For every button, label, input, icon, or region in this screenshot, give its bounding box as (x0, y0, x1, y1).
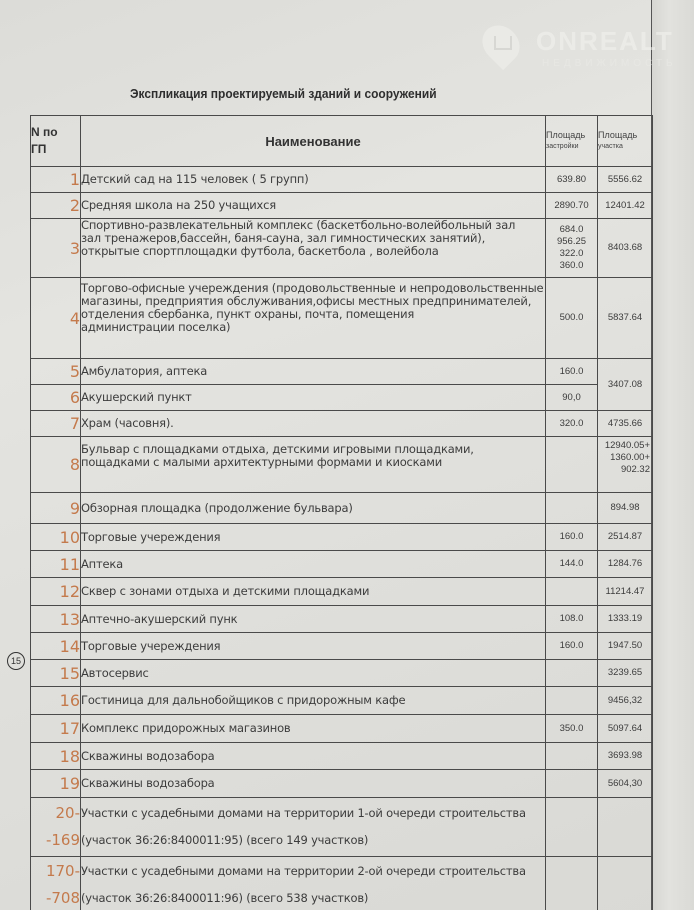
row-plot-area (598, 857, 653, 910)
table-row: 18Скважины водозабора3693.98 (31, 743, 653, 770)
row-name: Торговые учереждения (81, 524, 546, 551)
row-built-area (546, 798, 598, 857)
row-number: 170- -708 (31, 857, 81, 910)
row-number: 5 (31, 359, 81, 385)
row-name: Автосервис (81, 660, 546, 687)
row-plot-area: 1284.76 (598, 551, 653, 578)
row-plot-area: 5556.62 (598, 167, 653, 193)
header-plot-area: Площадь участка (598, 116, 653, 167)
row-name: Детский сад на 115 человек ( 5 групп) (81, 167, 546, 193)
header-built-area-label: Площадь (546, 130, 585, 140)
table-row: 19Скважины водозабора5604,30 (31, 770, 653, 798)
row-plot-area: 8403.68 (598, 219, 653, 278)
row-built-area: 108.0 (546, 606, 598, 633)
row-built-area: 160.0 (546, 359, 598, 385)
row-plot-area: 5604,30 (598, 770, 653, 798)
table-row: 7Храм (часовня).320.04735.66 (31, 411, 653, 437)
table-row: 14Торговые учереждения160.01947.50 (31, 633, 653, 660)
table-row: 16Гостиница для дальнобойщиков с придоро… (31, 687, 653, 715)
page-shadow (652, 0, 694, 910)
table-row: 1Детский сад на 115 человек ( 5 групп)63… (31, 167, 653, 193)
row-name: Участки с усадебными домами на территори… (81, 798, 546, 857)
row-plot-area: 12401.42 (598, 193, 653, 219)
row-built-area: 500.0 (546, 278, 598, 359)
row-built-area (546, 578, 598, 606)
row-name: Скважины водозабора (81, 770, 546, 798)
table-row: 3Спортивно-развлекательный комплекс (бас… (31, 219, 653, 278)
row-name: Торговые учереждения (81, 633, 546, 660)
row-name: Гостиница для дальнобойщиков с придорожн… (81, 687, 546, 715)
row-built-area (546, 493, 598, 524)
row-number: 15 (31, 660, 81, 687)
row-built-area (546, 687, 598, 715)
row-number: 19 (31, 770, 81, 798)
row-number: 1 (31, 167, 81, 193)
row-built-area: 160.0 (546, 524, 598, 551)
table-row: 8Бульвар с площадками отдыха, детскими и… (31, 437, 653, 493)
row-name: Аптека (81, 551, 546, 578)
row-plot-area: 11214.47 (598, 578, 653, 606)
row-name: Торгово-офисные учереждения (продовольст… (81, 278, 546, 359)
row-name: Спортивно-развлекательный комплекс (баск… (81, 219, 546, 278)
header-built-area-sub: застройки (546, 141, 597, 153)
header-built-area: Площадь застройки (546, 116, 598, 167)
row-plot-area: 12940.05+ 1360.00+ 902.32 (598, 437, 653, 493)
header-plot-area-label: Площадь (598, 130, 637, 140)
row-name: Храм (часовня). (81, 411, 546, 437)
row-plot-area: 1947.50 (598, 633, 653, 660)
row-plot-area: 2514.87 (598, 524, 653, 551)
row-name: Акушерский пункт (81, 385, 546, 411)
row-plot-area: 1333.19 (598, 606, 653, 633)
table-row: 4Торгово-офисные учереждения (продовольс… (31, 278, 653, 359)
row-number: 2 (31, 193, 81, 219)
row-built-area: 320.0 (546, 411, 598, 437)
row-number: 20- -169 (31, 798, 81, 857)
row-built-area: 144.0 (546, 551, 598, 578)
row-plot-area: 3693.98 (598, 743, 653, 770)
row-built-area: 350.0 (546, 715, 598, 743)
house-pin-icon (475, 18, 527, 70)
row-name: Бульвар с площадками отдыха, детскими иг… (81, 437, 546, 493)
row-built-area: 90,0 (546, 385, 598, 411)
explication-table: N по ГП Наименование Площадь застройки П… (30, 115, 653, 910)
header-plot-area-sub: участка (598, 141, 652, 153)
row-plot-area: 5837.64 (598, 278, 653, 359)
row-name: Аптечно-акушерский пунк (81, 606, 546, 633)
table-row: 11Аптека144.01284.76 (31, 551, 653, 578)
table-row: 9Обзорная площадка (продолжение бульвара… (31, 493, 653, 524)
row-built-area: 639.80 (546, 167, 598, 193)
row-number: 9 (31, 493, 81, 524)
row-plot-area: 3239.65 (598, 660, 653, 687)
row-number: 14 (31, 633, 81, 660)
side-marker: 15 (7, 652, 25, 670)
row-number: 13 (31, 606, 81, 633)
row-name: Амбулатория, аптека (81, 359, 546, 385)
house-icon (494, 36, 512, 50)
row-name: Скважины водозабора (81, 743, 546, 770)
row-plot-area: 9456,32 (598, 687, 653, 715)
row-built-area: 684.0 956.25 322.0 360.0 (546, 219, 598, 278)
document-title: Экспликация проектируемый зданий и соору… (130, 86, 437, 101)
row-built-area: 160.0 (546, 633, 598, 660)
header-name: Наименование (81, 116, 546, 167)
row-name: Комплекс придорожных магазинов (81, 715, 546, 743)
header-num: N по ГП (31, 116, 81, 167)
row-number: 7 (31, 411, 81, 437)
table-row: 5Амбулатория, аптека160.03407.08 (31, 359, 653, 385)
table-row: 17Комплекс придорожных магазинов350.0509… (31, 715, 653, 743)
table-row: 170- -708Участки с усадебными домами на … (31, 857, 653, 910)
table-row: 12Сквер с зонами отдыха и детскими площа… (31, 578, 653, 606)
table-row: 10Торговые учереждения160.02514.87 (31, 524, 653, 551)
row-number: 10 (31, 524, 81, 551)
row-built-area (546, 857, 598, 910)
row-name: Средняя школа на 250 учащихся (81, 193, 546, 219)
table-header-row: N по ГП Наименование Площадь застройки П… (31, 116, 653, 167)
row-built-area (546, 660, 598, 687)
row-built-area (546, 743, 598, 770)
row-number: 11 (31, 551, 81, 578)
table-row: 2Средняя школа на 250 учащихся2890.70124… (31, 193, 653, 219)
row-plot-area (598, 798, 653, 857)
row-number: 6 (31, 385, 81, 411)
row-plot-area: 4735.66 (598, 411, 653, 437)
row-built-area: 2890.70 (546, 193, 598, 219)
row-plot-area: 894.98 (598, 493, 653, 524)
table-row: 15Автосервис3239.65 (31, 660, 653, 687)
row-name: Обзорная площадка (продолжение бульвара) (81, 493, 546, 524)
row-name: Участки с усадебными домами на территори… (81, 857, 546, 910)
row-built-area (546, 437, 598, 493)
row-built-area (546, 770, 598, 798)
table-row: 20- -169Участки с усадебными домами на т… (31, 798, 653, 857)
row-number: 8 (31, 437, 81, 493)
row-number: 12 (31, 578, 81, 606)
row-name: Сквер с зонами отдыха и детскими площадк… (81, 578, 546, 606)
row-number: 16 (31, 687, 81, 715)
table-row: 13Аптечно-акушерский пунк108.01333.19 (31, 606, 653, 633)
table-row: 6Акушерский пункт90,0 (31, 385, 653, 411)
row-number: 4 (31, 278, 81, 359)
row-plot-area: 3407.08 (598, 359, 653, 411)
row-number: 18 (31, 743, 81, 770)
row-number: 17 (31, 715, 81, 743)
row-number: 3 (31, 219, 81, 278)
row-plot-area: 5097.64 (598, 715, 653, 743)
